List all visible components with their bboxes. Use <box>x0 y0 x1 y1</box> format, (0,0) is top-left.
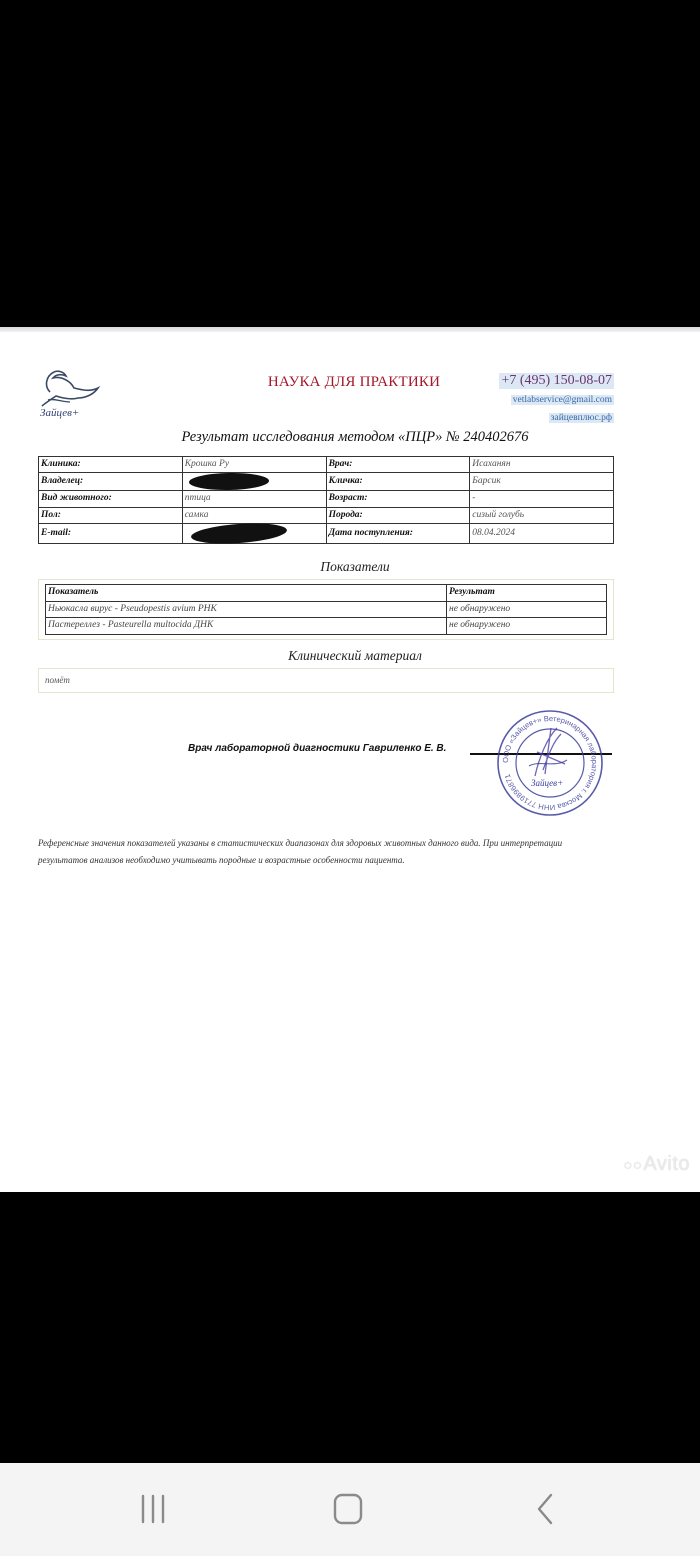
document-photo: Зайцев+ НАУКА ДЛЯ ПРАКТИКИ +7 (495) 150-… <box>0 327 700 1192</box>
table-header-row: Показатель Результат <box>46 585 607 602</box>
value-breed: сизый голубь <box>470 507 614 523</box>
indicator-cell: Пастереллез - Pasteurella multocida ДНК <box>46 618 447 635</box>
back-icon <box>530 1492 560 1526</box>
stamp-icon: ООО «Зайцев+» Ветеринарная лаборатория г… <box>495 708 605 818</box>
value-clinic: Крошка Ру <box>182 457 326 473</box>
indicators-section-title: Показатели <box>0 559 700 575</box>
home-icon <box>331 1492 365 1526</box>
system-navigation-bar <box>0 1463 700 1556</box>
photo-edge <box>0 327 700 332</box>
home-button[interactable] <box>328 1491 368 1527</box>
email-address: vetlabservice@gmail.com <box>511 395 614 405</box>
bottom-black-area <box>0 1192 700 1462</box>
label-age: Возраст: <box>326 491 470 507</box>
doctor-signature-text: Врач лабораторной диагностики Гавриленко… <box>188 743 446 754</box>
material-value: помёт <box>38 668 614 693</box>
value-doctor: Исаханян <box>470 457 614 473</box>
label-breed: Порода: <box>326 507 470 523</box>
label-owner: Владелец: <box>39 473 183 491</box>
value-sex: самка <box>182 507 326 523</box>
indicator-cell: Ньюкасла вирус - Pseudopestis avium РНК <box>46 601 447 618</box>
table-row: Владелец: Кличка: Барсик <box>39 473 614 491</box>
avito-watermark: ○○Avito <box>623 1153 690 1176</box>
result-cell: не обнаружено <box>447 618 607 635</box>
svg-text:Зайцев+: Зайцев+ <box>40 407 79 419</box>
table-row: Ньюкасла вирус - Pseudopestis avium РНК … <box>46 601 607 618</box>
value-species: птица <box>182 491 326 507</box>
label-email: E-mail: <box>39 524 183 544</box>
hare-logo-icon: Зайцев+ <box>36 364 106 422</box>
table-row: Пол: самка Порода: сизый голубь <box>39 507 614 523</box>
table-row: Пастереллез - Pasteurella multocida ДНК … <box>46 618 607 635</box>
label-doctor: Врач: <box>326 457 470 473</box>
label-sex: Пол: <box>39 507 183 523</box>
value-pet-name: Барсик <box>470 473 614 491</box>
table-row: Вид животного: птица Возраст: - <box>39 491 614 507</box>
redaction-mark <box>189 473 269 491</box>
label-clinic: Клиника: <box>39 457 183 473</box>
result-cell: не обнаружено <box>447 601 607 618</box>
header-indicator: Показатель <box>46 585 447 602</box>
website: зайцевплюс.рф <box>549 413 614 423</box>
header-result: Результат <box>447 585 607 602</box>
svg-text:Зайцев+: Зайцев+ <box>531 778 563 788</box>
label-pet-name: Кличка: <box>326 473 470 491</box>
phone-number: +7 (495) 150-08-07 <box>499 373 614 389</box>
results-box: Показатель Результат Ньюкасла вирус - Ps… <box>38 579 614 640</box>
avito-dots-icon: ○○ <box>623 1157 642 1174</box>
reference-note: Референсные значения показателей указаны… <box>38 835 598 869</box>
value-email-redacted <box>182 524 326 544</box>
value-owner-redacted <box>182 473 326 491</box>
value-date-received: 08.04.2024 <box>470 524 614 544</box>
table-row: Клиника: Крошка Ру Врач: Исаханян <box>39 457 614 473</box>
patient-info-table: Клиника: Крошка Ру Врач: Исаханян Владел… <box>38 456 614 544</box>
label-species: Вид животного: <box>39 491 183 507</box>
value-age: - <box>470 491 614 507</box>
document-title: Результат исследования методом «ПЦР» № 2… <box>0 429 700 446</box>
recents-button[interactable] <box>133 1491 173 1527</box>
redaction-mark <box>190 521 287 547</box>
results-table: Показатель Результат Ньюкасла вирус - Ps… <box>45 584 607 635</box>
table-row: E-mail: Дата поступления: 08.04.2024 <box>39 524 614 544</box>
back-button[interactable] <box>525 1491 565 1527</box>
top-black-area <box>0 0 700 327</box>
recents-icon <box>136 1493 170 1525</box>
label-date-received: Дата поступления: <box>326 524 470 544</box>
material-section-title: Клинический материал <box>0 648 700 664</box>
contacts: +7 (495) 150-08-07 vetlabservice@gmail.c… <box>499 371 614 425</box>
